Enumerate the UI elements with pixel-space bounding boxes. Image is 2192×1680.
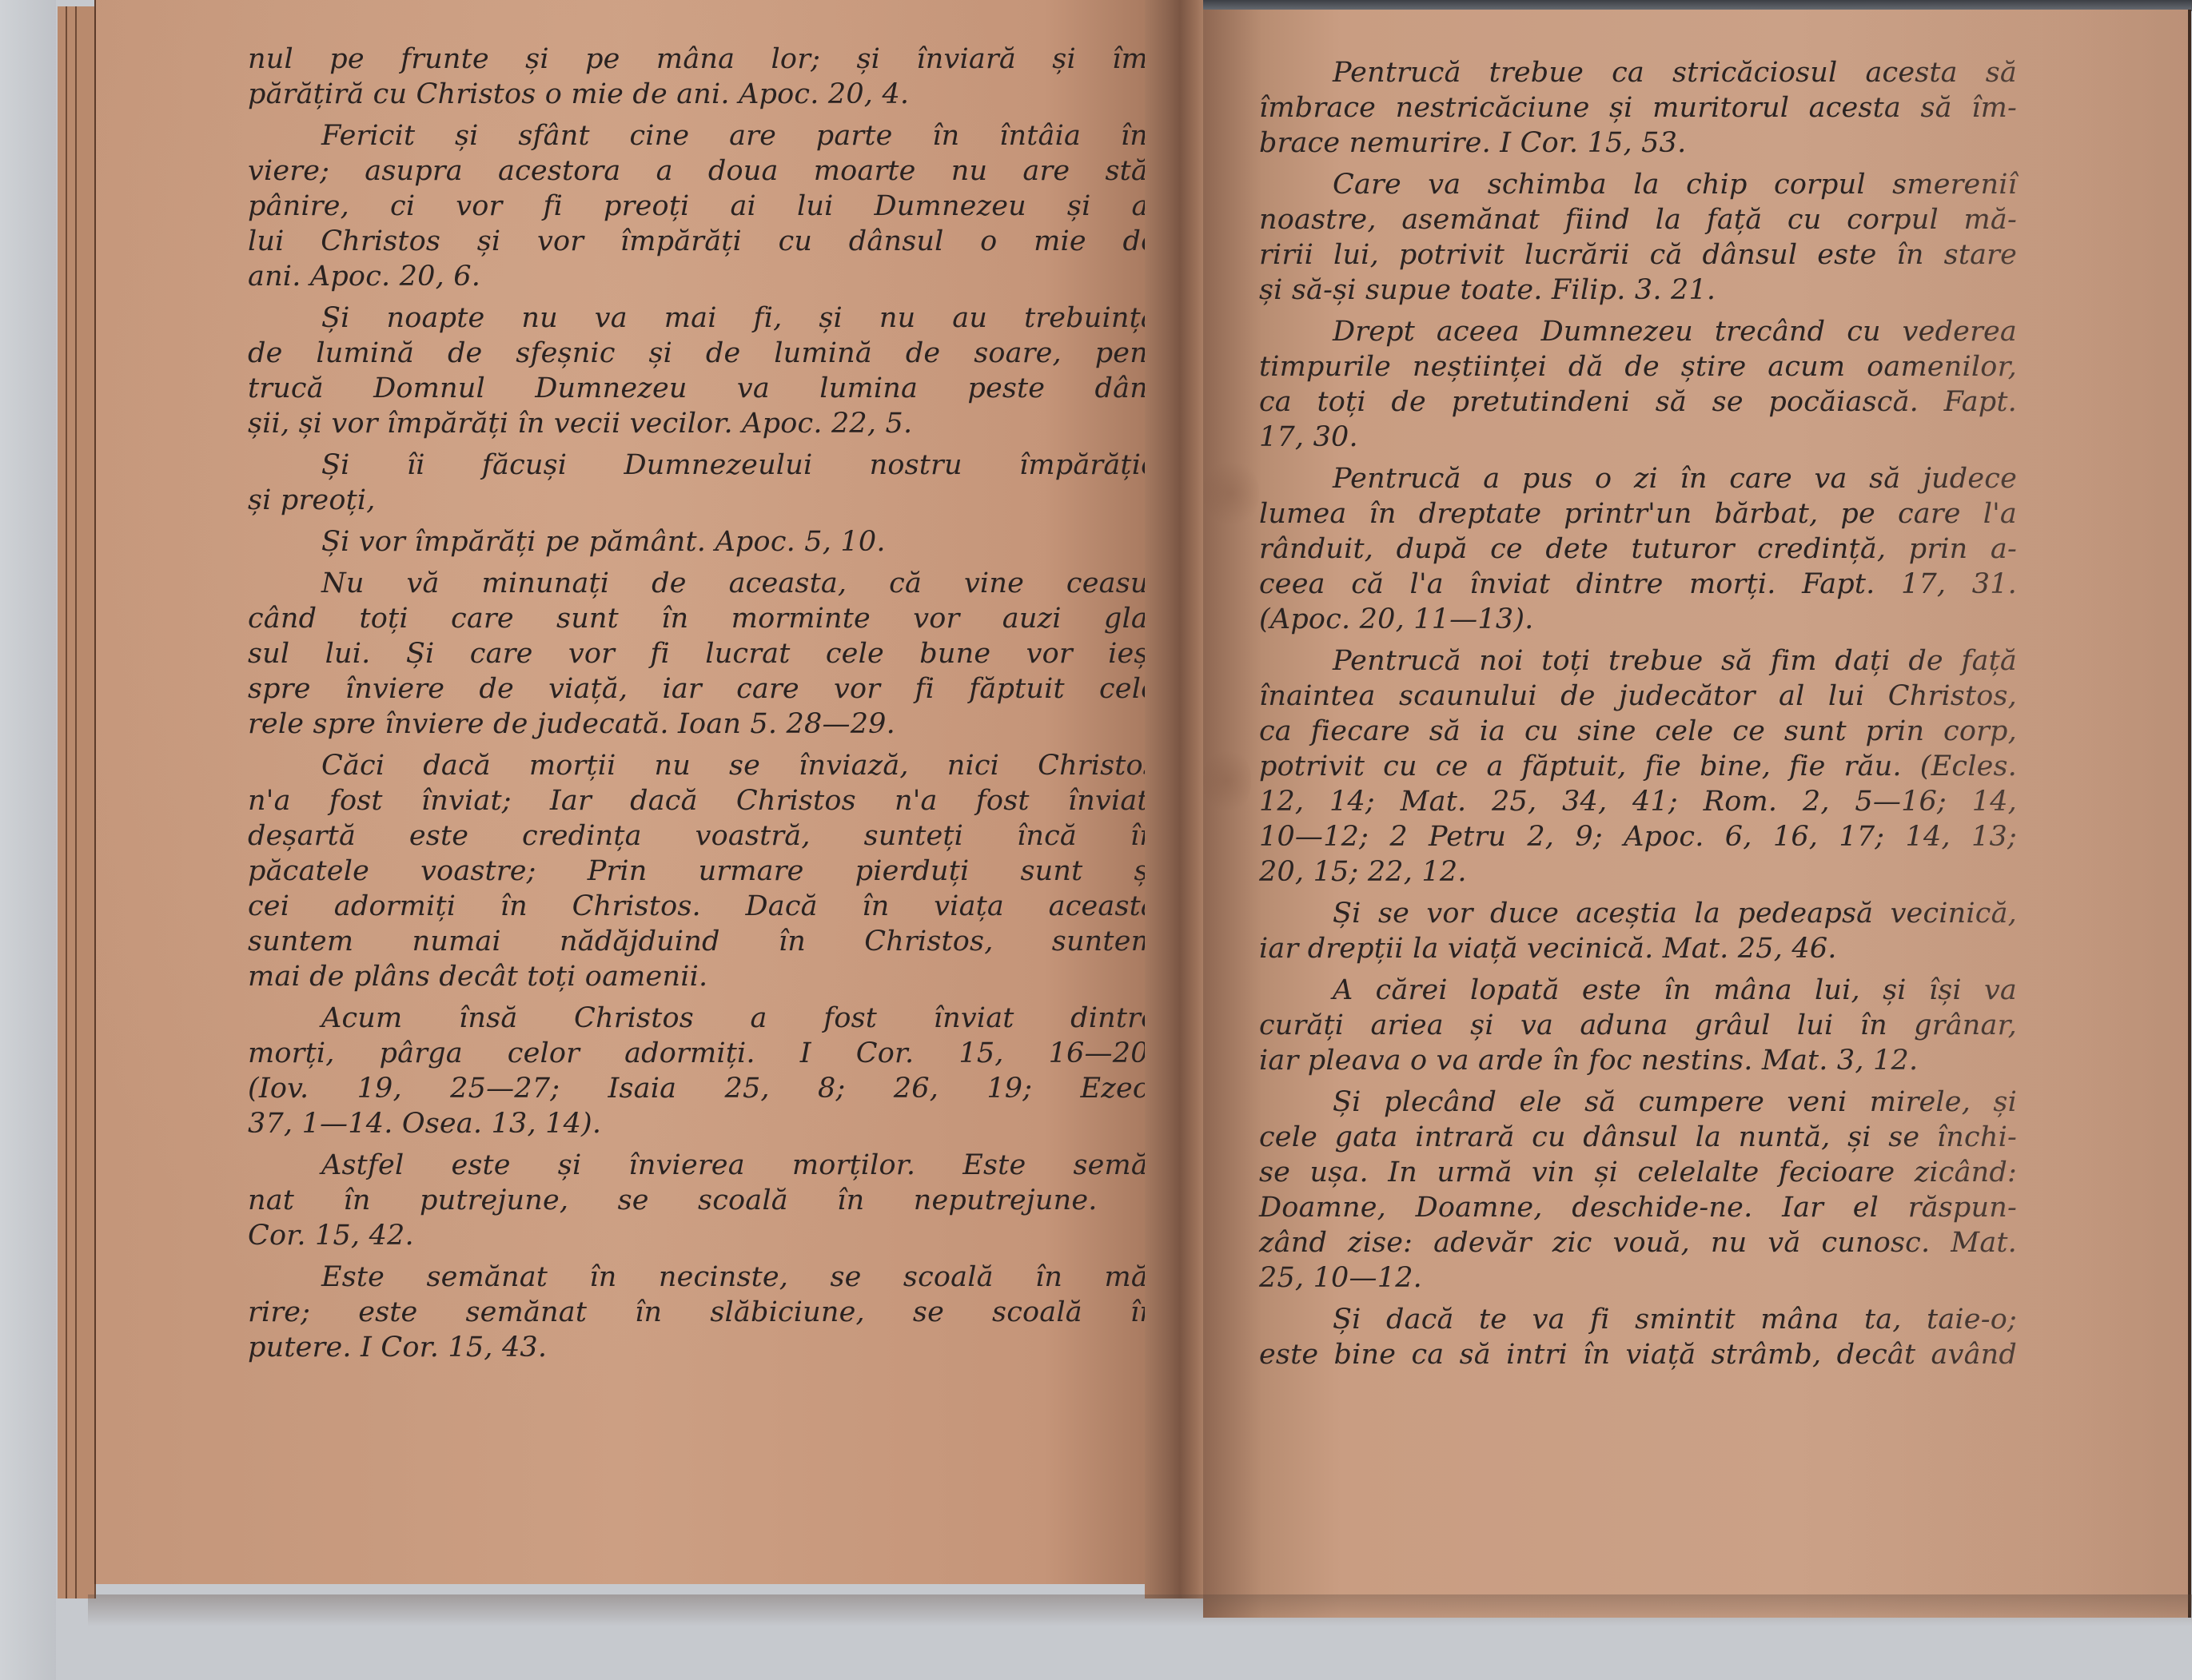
text-line: iar pleava o va arde în foc nestins. Mat… — [1259, 1043, 2017, 1078]
text-line: Nu vă minunați de aceasta, că vine ceasu… — [248, 566, 1150, 601]
text-line: ca toți de pretutindeni să se pocăiască.… — [1259, 384, 2017, 420]
text-line: de lumină de sfeșnic și de lumină de soa… — [248, 336, 1150, 371]
text-line: Fericit și sfânt cine are parte în întâi… — [248, 118, 1150, 153]
scanner-background — [0, 0, 56, 1680]
text-line: mai de plâns decât toți oamenii. — [248, 959, 1150, 994]
text-line: Doamne, Doamne, deschide-ne. Iar el răsp… — [1259, 1190, 2017, 1225]
page-stack-edge — [67, 6, 77, 1598]
paragraph-gap — [1259, 308, 2017, 314]
text-line: 12, 14; Mat. 25, 34, 41; Rom. 2, 5—16; 1… — [1259, 784, 2017, 819]
text-line: când toți care sunt în morminte vor auzi… — [248, 601, 1150, 636]
verse-paragraph: Care va schimba la chip corpul smereniîn… — [1259, 167, 2017, 308]
text-line: lumea în dreptate printr'un bărbat, pe c… — [1259, 496, 2017, 531]
text-line: putere. I Cor. 15, 43. — [248, 1330, 1150, 1365]
verse-paragraph: Și se vor duce aceștia la pedeapsă vecin… — [1259, 896, 2017, 966]
book-spine-gutter — [1145, 0, 1209, 1598]
paragraph-gap — [248, 1141, 1150, 1148]
text-line: Care va schimba la chip corpul smereniî — [1259, 167, 2017, 202]
paragraph-gap — [248, 742, 1150, 748]
right-page-text-column: Pentrucă trebue ca stricăciosul acesta s… — [1259, 55, 2017, 1372]
text-line: (Iov. 19, 25—27; Isaia 25, 8; 26, 19; Ez… — [248, 1071, 1150, 1106]
text-line: Pentrucă a pus o zi în care va să judece — [1259, 461, 2017, 496]
verse-paragraph: Pentrucă trebue ca stricăciosul acesta s… — [1259, 55, 2017, 161]
text-line: și să-și supue toate. Filip. 3. 21. — [1259, 273, 2017, 308]
text-line: suntem numai nădăjduind în Christos, sun… — [248, 924, 1150, 959]
text-line: Pentrucă noi toți trebue să fim dați de … — [1259, 643, 2017, 679]
verse-paragraph: A cărei lopată este în mâna lui, și își … — [1259, 973, 2017, 1078]
text-line: înaintea scaunului de judecător al lui C… — [1259, 679, 2017, 714]
text-line: potrivit cu ce a făptuit, fie bine, fie … — [1259, 749, 2017, 784]
text-line: Și dacă te va fi smintit mâna ta, taie-o… — [1259, 1302, 2017, 1337]
text-line: Și vor împărăți pe pământ. Apoc. 5, 10. — [248, 524, 1150, 559]
paragraph-gap — [1259, 455, 2017, 461]
text-line: și preoți, — [248, 483, 1150, 518]
text-line: (Apoc. 20, 11—13). — [1259, 602, 2017, 637]
text-line: nat în putrejune, se scoală în neputreju… — [248, 1183, 1150, 1218]
text-line: Și plecând ele să cumpere veni mirele, ș… — [1259, 1085, 2017, 1120]
verse-paragraph: Și dacă te va fi smintit mâna ta, taie-o… — [1259, 1302, 2017, 1372]
paragraph-gap — [1259, 1296, 2017, 1302]
text-line: Și îi făcuși Dumnezeului nostru împărăți… — [248, 448, 1150, 483]
text-line: Este semănat în necinste, se scoală în m… — [248, 1260, 1150, 1295]
paragraph-gap — [1259, 966, 2017, 973]
text-line: Astfel este și învierea morților. Este s… — [248, 1148, 1150, 1183]
text-line: zând zise: adevăr zic vouă, nu vă cunosc… — [1259, 1225, 2017, 1260]
paragraph-gap — [248, 441, 1150, 448]
verse-paragraph: Și plecând ele să cumpere veni mirele, ș… — [1259, 1085, 2017, 1296]
text-line: 37, 1—14. Osea. 13, 14). — [248, 1106, 1150, 1141]
text-line: deșartă este credința voastră, sunteți î… — [248, 818, 1150, 854]
text-line: se ușa. In urmă vin și celelalte fecioar… — [1259, 1155, 2017, 1190]
text-line: ani. Apoc. 20, 6. — [248, 259, 1150, 294]
text-line: Drept aceea Dumnezeu trecând cu vederea — [1259, 314, 2017, 349]
text-line: Căci dacă morții nu se înviază, nici Chr… — [248, 748, 1150, 783]
text-line: 17, 30. — [1259, 420, 2017, 455]
text-line: morți, pârga celor adormiți. I Cor. 15, … — [248, 1036, 1150, 1071]
text-line: ririi lui, potrivit lucrării că dânsul e… — [1259, 237, 2017, 273]
text-line: Și se vor duce aceștia la pedeapsă vecin… — [1259, 896, 2017, 931]
page-stain — [1203, 457, 1259, 529]
text-line: șii, și vor împărăți în vecii vecilor. A… — [248, 406, 1150, 441]
text-line: Pentrucă trebue ca stricăciosul acesta s… — [1259, 55, 2017, 90]
text-line: ceea că l'a înviat dintre morți. Fapt. 1… — [1259, 567, 2017, 602]
verse-paragraph: Pentrucă noi toți trebue să fim dați de … — [1259, 643, 2017, 890]
paragraph-gap — [248, 112, 1150, 118]
text-line: rire; este semănat în slăbiciune, se sco… — [248, 1295, 1150, 1330]
text-line: lui Christos și vor împărăți cu dânsul o… — [248, 224, 1150, 259]
paragraph-gap — [1259, 637, 2017, 643]
paragraph-gap — [1259, 890, 2017, 896]
text-line: timpurile neștiinței dă de știre acum oa… — [1259, 349, 2017, 384]
text-line: noastre, asemănat fiind la față cu corpu… — [1259, 202, 2017, 237]
text-line: îmbrace nestricăciune și muritorul acest… — [1259, 90, 2017, 125]
paragraph-gap — [1259, 161, 2017, 167]
paragraph-gap — [248, 294, 1150, 301]
verse-paragraph: Este semănat în necinste, se scoală în m… — [248, 1260, 1150, 1365]
text-line: cele gata intrară cu dânsul la nuntă, și… — [1259, 1120, 2017, 1155]
text-line: Și noapte nu va mai fi, și nu au trebuin… — [248, 301, 1150, 336]
text-line: 20, 15; 22, 12. — [1259, 854, 2017, 890]
text-line: brace nemurire. I Cor. 15, 53. — [1259, 125, 2017, 161]
paragraph-gap — [248, 994, 1150, 1001]
text-line: este bine ca să intri în viață strâmb, d… — [1259, 1337, 2017, 1372]
text-line: n'a fost înviat; Iar dacă Christos n'a f… — [248, 783, 1150, 818]
paragraph-gap — [248, 518, 1150, 524]
page-stain — [1203, 745, 1251, 817]
paragraph-gap — [248, 559, 1150, 566]
text-line: păcatele voastre; Prin urmare pierduți s… — [248, 854, 1150, 889]
text-line: sul lui. Și care vor fi lucrat cele bune… — [248, 636, 1150, 671]
text-line: rânduit, după ce dete tuturor credință, … — [1259, 531, 2017, 567]
paragraph-gap — [248, 1253, 1150, 1260]
verse-paragraph: Și vor împărăți pe pământ. Apoc. 5, 10. — [248, 524, 1150, 559]
text-line: Acum însă Christos a fost înviat dintre — [248, 1001, 1150, 1036]
text-line: Cor. 15, 42. — [248, 1218, 1150, 1253]
text-line: rele spre înviere de judecată. Ioan 5. 2… — [248, 707, 1150, 742]
verse-paragraph: Și îi făcuși Dumnezeului nostru împărăți… — [248, 448, 1150, 518]
text-line: pânire, ci vor fi preoți ai lui Dumnezeu… — [248, 189, 1150, 224]
verse-paragraph: Fericit și sfânt cine are parte în întâi… — [248, 118, 1150, 294]
verse-paragraph: Acum însă Christos a fost înviat dintrem… — [248, 1001, 1150, 1141]
text-line: curăți ariea și va aduna grâul lui în gr… — [1259, 1008, 2017, 1043]
text-line: 25, 10—12. — [1259, 1260, 2017, 1296]
paragraph-gap — [1259, 1078, 2017, 1085]
text-line: trucă Domnul Dumnezeu va lumina peste dâ… — [248, 371, 1150, 406]
verse-paragraph: Drept aceea Dumnezeu trecând cu vedereat… — [1259, 314, 2017, 455]
text-line: iar drepții la viață vecinică. Mat. 25, … — [1259, 931, 2017, 966]
verse-paragraph: Nu vă minunați de aceasta, că vine ceasu… — [248, 566, 1150, 742]
verse-paragraph: Și noapte nu va mai fi, și nu au trebuin… — [248, 301, 1150, 441]
text-line: cei adormiți în Christos. Dacă în viața … — [248, 889, 1150, 924]
text-line: spre înviere de viață, iar care vor fi f… — [248, 671, 1150, 707]
left-page: nul pe frunte și pe mâna lor; și înviară… — [94, 0, 1150, 1584]
verse-paragraph: Pentrucă a pus o zi în care va să judece… — [1259, 461, 2017, 637]
verse-paragraph: Astfel este și învierea morților. Este s… — [248, 1148, 1150, 1253]
left-page-text-column: nul pe frunte și pe mâna lor; și înviară… — [248, 42, 1150, 1365]
text-line: nul pe frunte și pe mâna lor; și înviară… — [248, 42, 1150, 77]
right-page: Pentrucă trebue ca stricăciosul acesta s… — [1203, 10, 2191, 1618]
text-line: 10—12; 2 Petru 2, 9; Apoc. 6, 16, 17; 14… — [1259, 819, 2017, 854]
text-line: viere; asupra acestora a doua moarte nu … — [248, 153, 1150, 189]
text-line: A cărei lopată este în mâna lui, și își … — [1259, 973, 2017, 1008]
text-line: părățiră cu Christos o mie de ani. Apoc.… — [248, 77, 1150, 112]
verse-paragraph: nul pe frunte și pe mâna lor; și înviară… — [248, 42, 1150, 112]
verse-paragraph: Căci dacă morții nu se înviază, nici Chr… — [248, 748, 1150, 994]
page-stack-edge — [58, 6, 67, 1598]
text-line: ca fiecare să ia cu sine cele ce sunt pr… — [1259, 714, 2017, 749]
book-bottom-shadow — [88, 1594, 2192, 1626]
